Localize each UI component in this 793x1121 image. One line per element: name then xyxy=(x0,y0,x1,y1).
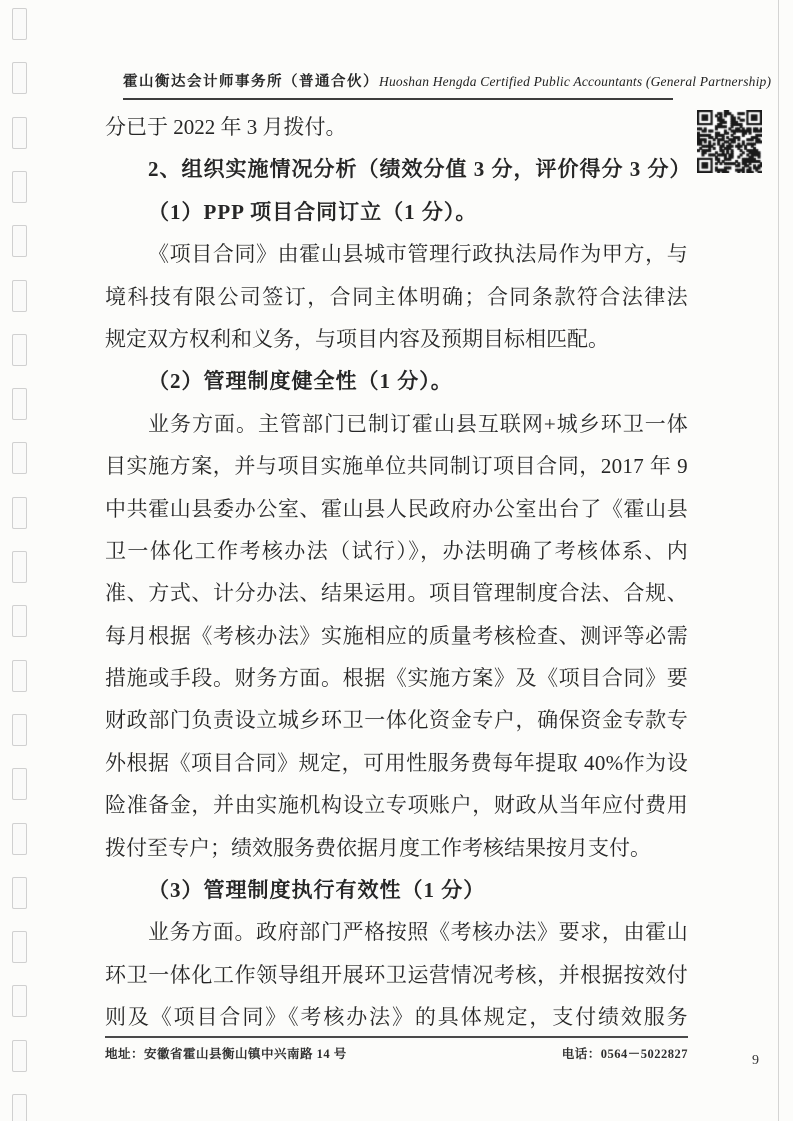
body-text-line: 目实施方案，并与项目实施单位共同制订项目合同，2017 年 9 月 29 日， xyxy=(105,445,688,487)
binding-ring xyxy=(12,171,27,203)
report-body: 分已于 2022 年 3 月拨付。2、组织实施情况分析（绩效分值 3 分，评价得… xyxy=(105,106,688,1039)
binding-ring xyxy=(12,334,27,366)
page-footer: 地址：安徽省霍山县衡山镇中兴南路 14 号 电话：0564－5022827 xyxy=(105,1036,688,1062)
qr-code-icon xyxy=(697,110,762,173)
body-text-line: 环卫一体化工作领导组开展环卫运营情况考核，并根据按效付费的原 xyxy=(105,954,688,996)
binding-ring xyxy=(12,931,27,963)
body-text-line: 业务方面。政府部门严格按照《考核办法》要求，由霍山县城乡 xyxy=(105,911,688,953)
body-text-line: 卫一体化工作考核办法（试行）》，办法明确了考核体系、内容、标 xyxy=(105,530,688,572)
heading-line: 2、组织实施情况分析（绩效分值 3 分，评价得分 3 分） xyxy=(105,148,688,190)
body-text-line: 措施或手段。财务方面。根据《实施方案》及《项目合同》要求，县 xyxy=(105,657,688,699)
binding-ring xyxy=(12,877,27,909)
firm-name-english: Huoshan Hengda Certified Public Accounta… xyxy=(379,74,771,90)
binding-ring xyxy=(12,62,27,94)
binding-ring xyxy=(12,280,27,312)
binding-ring xyxy=(12,117,27,149)
body-text-line: 中共霍山县委办公室、霍山县人民政府办公室出台了《霍山县城乡环 xyxy=(105,488,688,530)
footer-phone: 电话：0564－5022827 xyxy=(562,1044,688,1062)
footer-address: 地址：安徽省霍山县衡山镇中兴南路 14 号 xyxy=(105,1044,347,1062)
firm-name-chinese: 霍山衡达会计师事务所（普通合伙） xyxy=(123,70,379,91)
binding-ring xyxy=(12,551,27,583)
page-edge-line xyxy=(778,0,779,1121)
binding-ring xyxy=(12,768,27,800)
binding-ring xyxy=(12,497,27,529)
binding-ring xyxy=(12,714,27,746)
body-text-line: 规定双方权利和义务，与项目内容及预期目标相匹配。 xyxy=(105,318,688,360)
binding-ring xyxy=(12,1040,27,1072)
heading-line: （2）管理制度健全性（1 分）。 xyxy=(105,360,688,402)
body-text-line: 财政部门负责设立城乡环卫一体化资金专户，确保资金专款专用，此 xyxy=(105,699,688,741)
body-text-line: 境科技有限公司签订，合同主体明确；合同条款符合法律法规，明确 xyxy=(105,276,688,318)
body-text-line: 业务方面。主管部门已制订霍山县互联网+城乡环卫一体化 PPP 项 xyxy=(105,403,688,445)
binding-ring xyxy=(12,388,27,420)
binding-ring xyxy=(12,442,27,474)
page-number: 9 xyxy=(752,1053,759,1069)
body-text-line: 则及《项目合同》《考核办法》的具体规定，支付绩效服务费。该项 xyxy=(105,996,688,1038)
binding-holes-strip xyxy=(0,0,40,1121)
binding-ring xyxy=(12,605,27,637)
body-text-line: 《项目合同》由霍山县城市管理行政执法局作为甲方，与劲旅环 xyxy=(105,233,688,275)
binding-ring xyxy=(12,823,27,855)
body-text-line: 准、方式、计分办法、结果运用。项目管理制度合法、合规、完整， xyxy=(105,572,688,614)
binding-ring xyxy=(12,8,27,40)
binding-ring xyxy=(12,660,27,692)
binding-ring xyxy=(12,225,27,257)
binding-ring xyxy=(12,985,27,1017)
body-text-line: 险准备金，并由实施机构设立专项账户，财政从当年应付费用中直接 xyxy=(105,784,688,826)
heading-line: （1）PPP 项目合同订立（1 分）。 xyxy=(105,191,688,233)
body-text-line: 分已于 2022 年 3 月拨付。 xyxy=(105,106,688,148)
letterhead: 霍山衡达会计师事务所（普通合伙） Huoshan Hengda Certifie… xyxy=(123,70,673,100)
body-text-line: 拨付至专户；绩效服务费依据月度工作考核结果按月支付。 xyxy=(105,827,688,869)
binding-ring xyxy=(12,1094,27,1121)
body-text-line: 外根据《项目合同》规定，可用性服务费每年提取 40%作为设施更新风 xyxy=(105,742,688,784)
body-text-line: 每月根据《考核办法》实施相应的质量考核检查、测评等必需的控制 xyxy=(105,615,688,657)
heading-line: （3）管理制度执行有效性（1 分） xyxy=(105,869,688,911)
